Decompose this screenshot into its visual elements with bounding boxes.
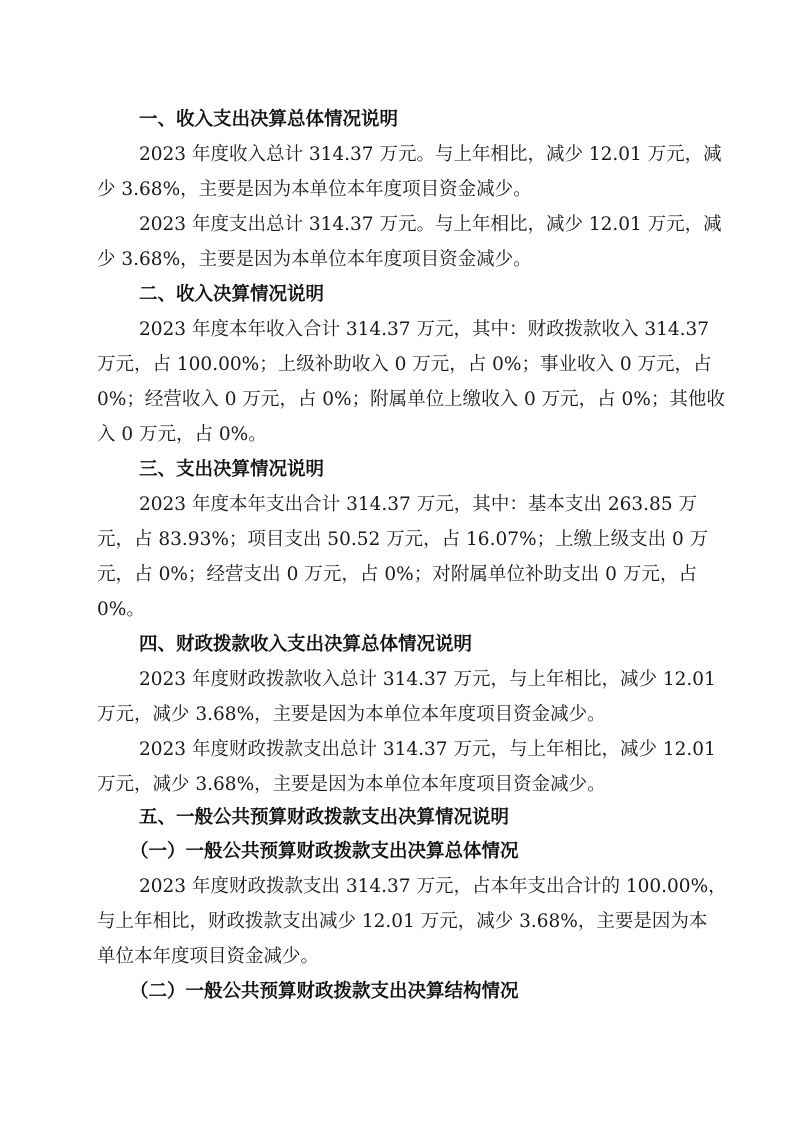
subsection-heading-1: （一）一般公共预算财政拨款支出决算总体情况 bbox=[130, 840, 519, 864]
section-heading-5: 五、一般公共预算财政拨款支出决算情况说明 bbox=[139, 806, 509, 830]
paragraph-line: 少 3.68%，主要是因为本单位本年度项目资金减少。 bbox=[97, 178, 697, 202]
paragraph-line: 2023 年度本年收入合计 314.37 万元，其中：财政拨款收入 314.37 bbox=[139, 318, 697, 342]
paragraph-line: 万元，占 100.00%；上级补助收入 0 万元，占 0%；事业收入 0 万元，… bbox=[97, 353, 697, 377]
paragraph-line: 0%；经营收入 0 万元，占 0%；附属单位上缴收入 0 万元，占 0%；其他收 bbox=[97, 388, 697, 412]
paragraph-line: 2023 年度财政拨款收入总计 314.37 万元，与上年相比，减少 12.01 bbox=[139, 668, 697, 692]
paragraph-line: 与上年相比，财政拨款支出减少 12.01 万元，减少 3.68%，主要是因为本 bbox=[97, 910, 697, 934]
paragraph-line: 2023 年度支出总计 314.37 万元。与上年相比，减少 12.01 万元，… bbox=[139, 213, 697, 237]
paragraph-line: 万元，减少 3.68%，主要是因为本单位本年度项目资金减少。 bbox=[97, 773, 697, 797]
paragraph-line: 2023 年度财政拨款支出 314.37 万元，占本年支出合计的 100.00%… bbox=[139, 875, 697, 899]
paragraph-line: 元，占 0%；经营支出 0 万元，占 0%；对附属单位补助支出 0 万元，占 bbox=[97, 563, 697, 587]
paragraph-line: 0%。 bbox=[97, 598, 697, 622]
document-page: 一、收入支出决算总体情况说明 2023 年度收入总计 314.37 万元。与上年… bbox=[0, 0, 793, 1122]
section-heading-2: 二、收入决算情况说明 bbox=[139, 283, 324, 307]
subsection-heading-2: （二）一般公共预算财政拨款支出决算结构情况 bbox=[130, 980, 519, 1004]
paragraph-line: 元，占 83.93%；项目支出 50.52 万元，占 16.07%；上缴上级支出… bbox=[97, 528, 697, 552]
section-heading-1: 一、收入支出决算总体情况说明 bbox=[139, 108, 398, 132]
section-heading-4: 四、财政拨款收入支出决算总体情况说明 bbox=[139, 633, 472, 657]
paragraph-line: 入 0 万元，占 0%。 bbox=[97, 423, 697, 447]
paragraph-line: 万元，减少 3.68%，主要是因为本单位本年度项目资金减少。 bbox=[97, 703, 697, 727]
paragraph-line: 2023 年度收入总计 314.37 万元。与上年相比，减少 12.01 万元，… bbox=[139, 143, 697, 167]
paragraph-line: 2023 年度本年支出合计 314.37 万元，其中：基本支出 263.85 万 bbox=[139, 493, 697, 517]
section-heading-3: 三、支出决算情况说明 bbox=[139, 458, 324, 482]
paragraph-line: 2023 年度财政拨款支出总计 314.37 万元，与上年相比，减少 12.01 bbox=[139, 738, 697, 762]
paragraph-line: 单位本年度项目资金减少。 bbox=[97, 945, 697, 969]
paragraph-line: 少 3.68%，主要是因为本单位本年度项目资金减少。 bbox=[97, 248, 697, 272]
